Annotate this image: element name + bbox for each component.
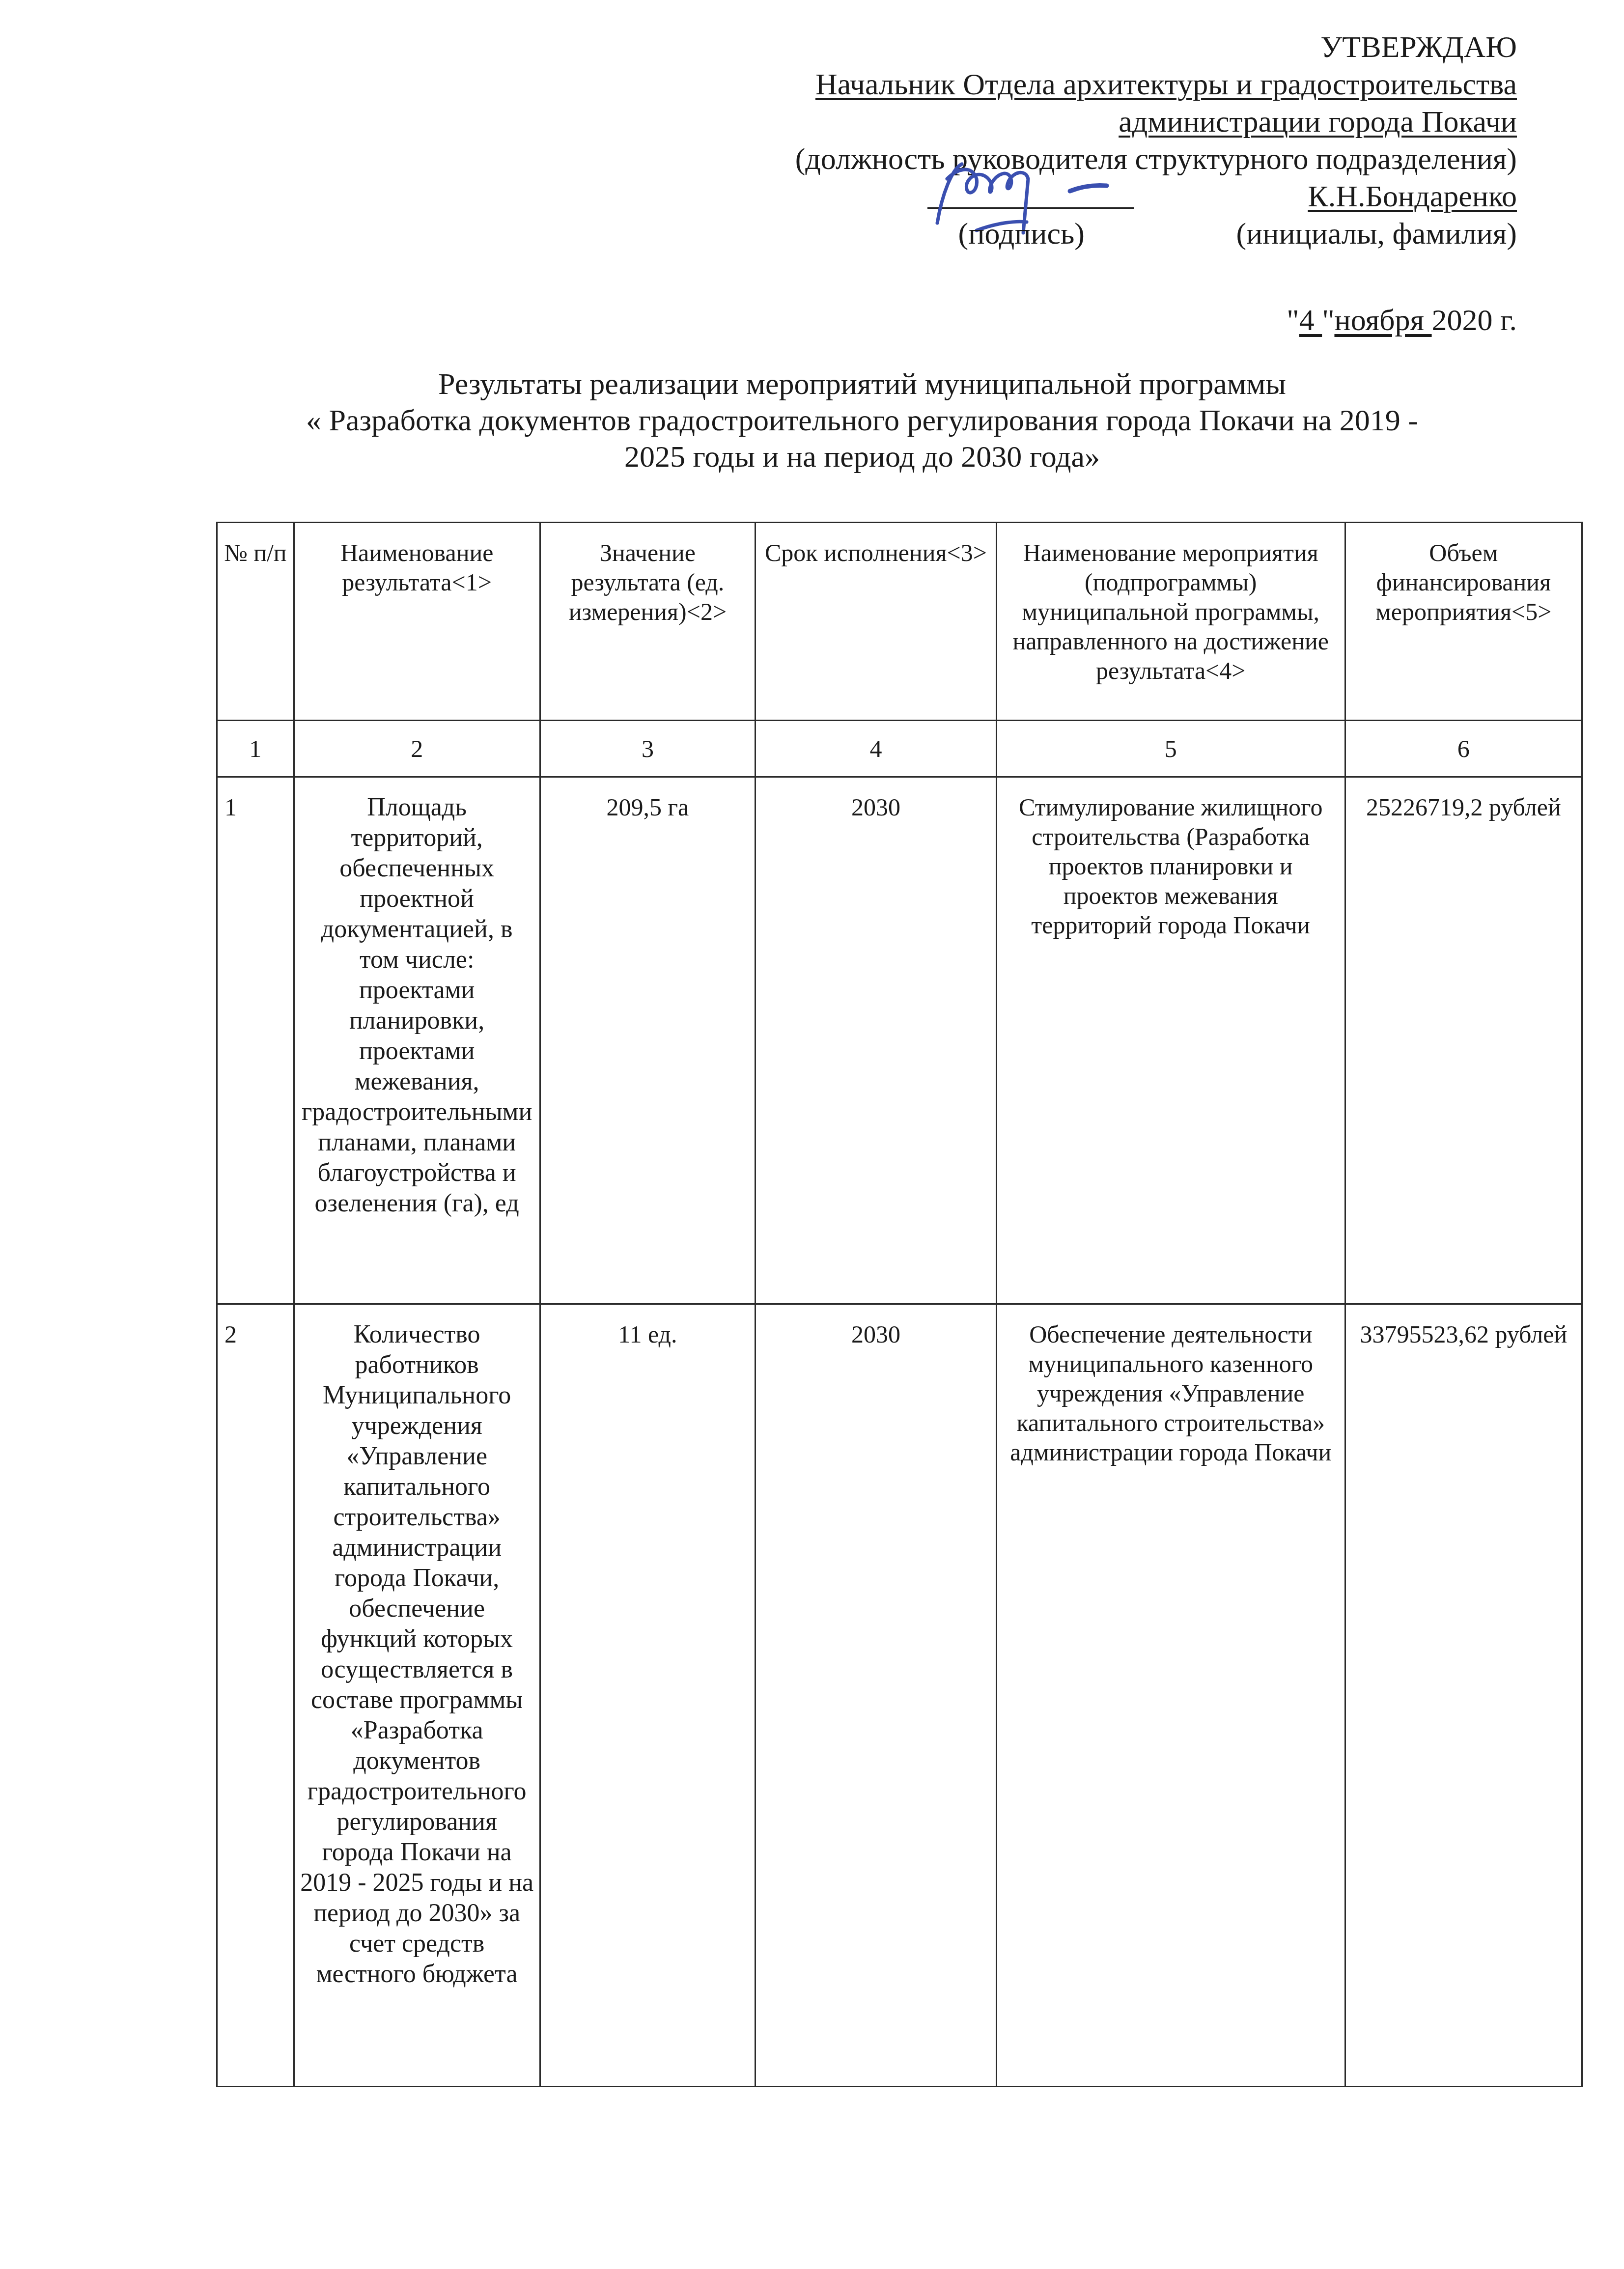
date-month: ноября: [1334, 304, 1431, 337]
date-day: 4: [1299, 304, 1322, 337]
result-name: Количество работников Муниципального учр…: [294, 1304, 540, 2087]
header-result-value: Значение результата (ед. измерения)<2>: [540, 523, 755, 721]
funding-amount: 33795523,62 рублей: [1345, 1304, 1582, 2087]
result-value: 209,5 га: [540, 777, 755, 1304]
table-row: 2 Количество работников Муниципального у…: [217, 1304, 1582, 2087]
approval-block: УТВЕРЖДАЮ Начальник Отдела архитектуры и…: [795, 28, 1517, 339]
result-value: 11 ед.: [540, 1304, 755, 2087]
deadline: 2030: [756, 777, 997, 1304]
document-title: Результаты реализации мероприятий муници…: [211, 366, 1513, 475]
table-header-row: № п/п Наименование результата<1> Значени…: [217, 523, 1582, 721]
activity-name: Стимулирование жилищного строительства (…: [996, 777, 1345, 1304]
signature-caption: (подпись): [958, 215, 1085, 252]
header-deadline: Срок исполнения<3>: [756, 523, 997, 721]
header-result-name: Наименование результата<1>: [294, 523, 540, 721]
results-table: № п/п Наименование результата<1> Значени…: [216, 522, 1583, 2087]
deadline: 2030: [756, 1304, 997, 2087]
header-funding: Объем финансирования мероприятия<5>: [1345, 523, 1582, 721]
header-number: № п/п: [217, 523, 294, 721]
header-activity: Наименование мероприятия (подпрограммы) …: [996, 523, 1345, 721]
approver-position-line1: Начальник Отдела архитектуры и градостро…: [795, 66, 1517, 103]
row-number: 2: [217, 1304, 294, 2087]
signature-row: К.Н.Бондаренко: [795, 178, 1517, 215]
approval-stamp: УТВЕРЖДАЮ: [795, 28, 1517, 66]
name-caption: (инициалы, фамилия): [1236, 215, 1517, 252]
approver-position-line2: администрации города Покачи: [795, 103, 1517, 140]
position-caption: (должность руководителя структурного под…: [795, 140, 1517, 178]
date-year: 2020 г.: [1432, 304, 1517, 337]
approver-name: К.Н.Бондаренко: [1308, 180, 1517, 213]
approval-date: "4 "ноября 2020 г.: [795, 302, 1517, 339]
result-name: Площадь территорий, обеспеченных проектн…: [294, 777, 540, 1304]
caption-row: (подпись) (инициалы, фамилия): [795, 215, 1517, 252]
table-row: 1 Площадь территорий, обеспеченных проек…: [217, 777, 1582, 1304]
activity-name: Обеспечение деятельности муниципального …: [996, 1304, 1345, 2087]
column-number-row: 1 2 3 4 5 6: [217, 721, 1582, 777]
funding-amount: 25226719,2 рублей: [1345, 777, 1582, 1304]
row-number: 1: [217, 777, 294, 1304]
